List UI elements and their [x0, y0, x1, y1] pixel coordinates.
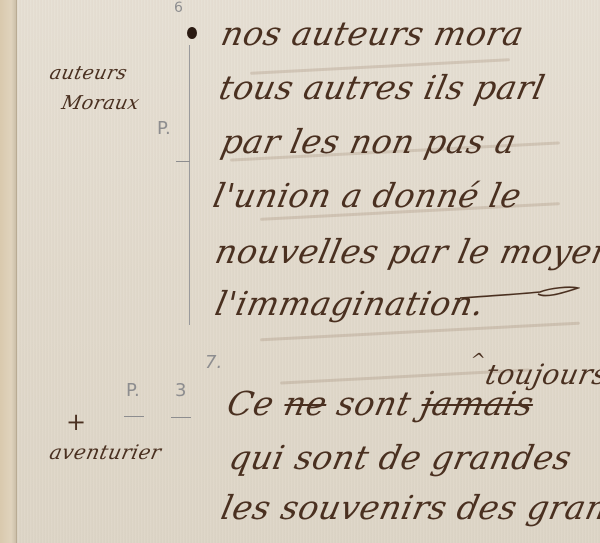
- margin-note-auteurs: auteurs: [48, 62, 130, 84]
- pencil-mark-top: 6: [174, 0, 183, 16]
- body-line-1: nos auteurs mora: [218, 14, 528, 53]
- body-line-7: Ce ne sont jamais: [224, 384, 538, 423]
- show-through-stroke: [260, 322, 580, 342]
- body-line-8: qui sont de grandes: [226, 438, 576, 477]
- margin-note-aventurier: aventurier: [47, 440, 163, 464]
- body-line-9: les souvenirs des gran: [218, 488, 600, 527]
- pencil-mark-p: P.: [157, 118, 171, 139]
- pencil-tick: [176, 161, 190, 162]
- pencil-mark-3: 3: [175, 380, 186, 401]
- pencil-mark-p2: P.: [126, 380, 140, 401]
- text-segment: sont: [322, 384, 426, 423]
- page-edge: [0, 0, 17, 543]
- body-line-3: par les non pas a: [218, 122, 520, 161]
- body-line-4: l'union a donné le: [210, 176, 525, 215]
- pencil-mark-7: 7.: [205, 352, 222, 373]
- struck-word: jamais: [418, 384, 538, 423]
- text-segment: Ce: [224, 384, 289, 423]
- body-line-5: nouvelles par le moyen: [212, 232, 600, 271]
- pencil-margin-line: [189, 45, 190, 325]
- body-line-6: l'immagination.: [212, 284, 488, 323]
- flourish-stroke: [460, 282, 580, 302]
- ink-blot: [187, 27, 197, 39]
- manuscript-page: 6 P. 7. P. 3 auteurs Moraux + aventurier…: [0, 0, 600, 543]
- margin-note-moraux: Moraux: [60, 92, 142, 114]
- body-line-2: tous autres ils parl: [216, 68, 549, 107]
- pencil-underline: [124, 416, 144, 417]
- margin-cross: +: [66, 408, 87, 436]
- insertion-caret: ^: [468, 350, 488, 371]
- pencil-underline: [171, 417, 191, 418]
